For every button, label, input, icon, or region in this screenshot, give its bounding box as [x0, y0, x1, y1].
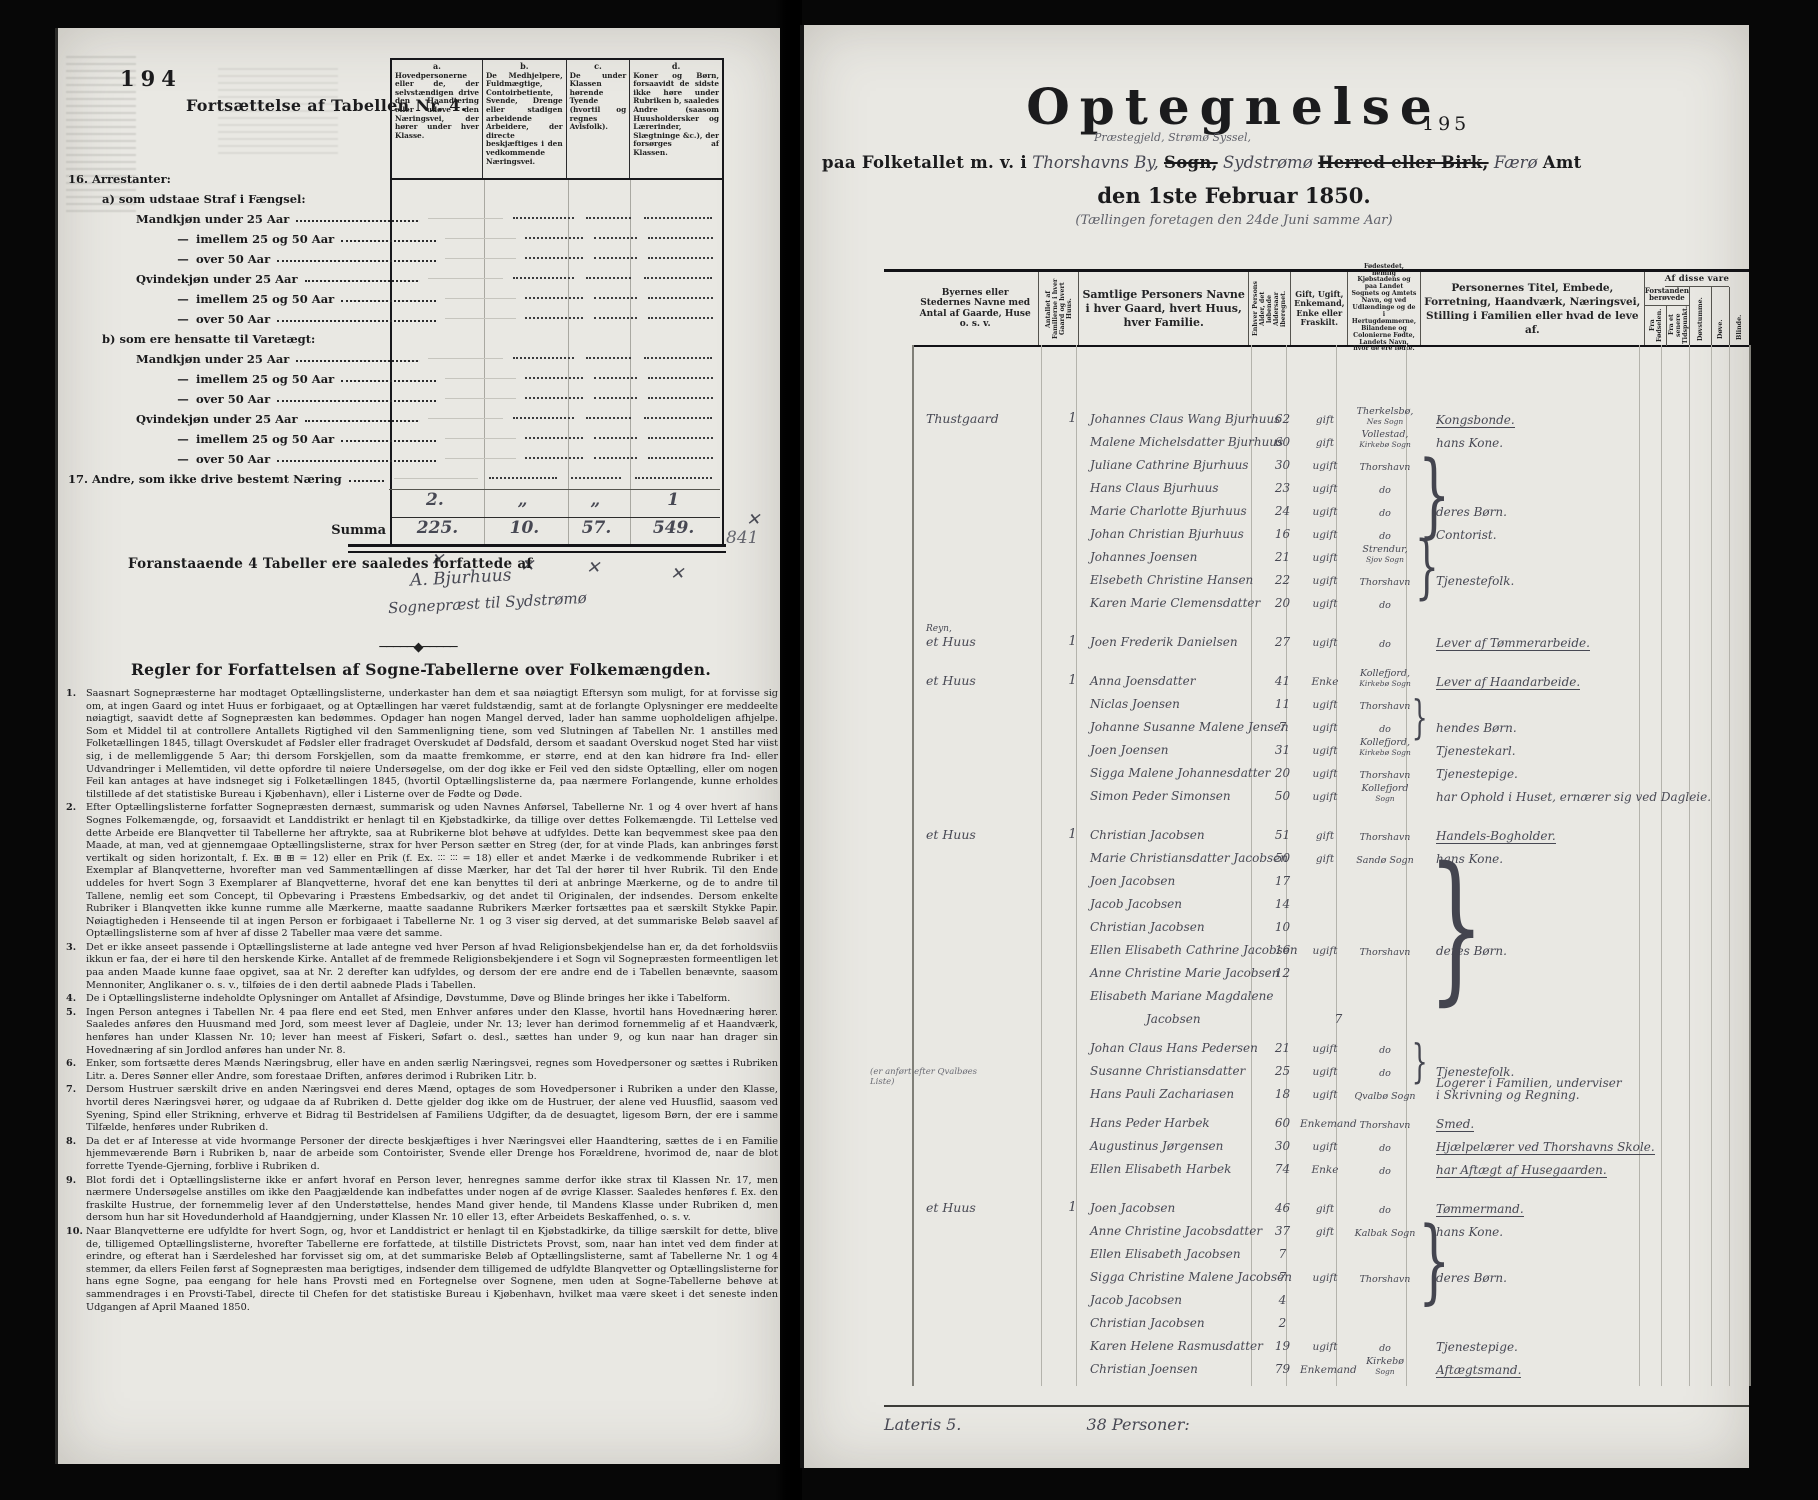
signature-name: A. Bjurhuus — [410, 565, 512, 590]
header-occupation: Personernes Titel, Embede, Forretning, H… — [1420, 272, 1644, 345]
census-row: et Huus1Joen Jacobsen46giftdoTømmermand. — [912, 1192, 1749, 1215]
struck-sogn: Sogn, — [1164, 153, 1218, 172]
rule-item: 6.Enker, som fortsætte deres Mænds Nærin… — [66, 1058, 778, 1083]
intro-prefix: paa Folketallet m. v. i — [822, 153, 1027, 172]
schedule-row: a) som udstaae Straf i Fængsel: — [66, 186, 720, 206]
schedule-row: —over 50 Aar — [66, 246, 720, 266]
census-row: Johannes Joensen21ugiftStrendur,Sjov Sog… — [912, 541, 1749, 564]
header-place: Byernes eller Stedernes Navne med Antal … — [912, 272, 1038, 345]
census-row: Susanne Christiansdatter25ugiftdoTjenest… — [912, 1055, 1749, 1078]
census-row: Johanne Susanne Malene Jensen7ugiftdohen… — [912, 711, 1749, 734]
census-row: Karen Helene Rasmusdatter19ugiftdoTjenes… — [912, 1330, 1749, 1353]
blinde-col: Blinde. — [1729, 287, 1749, 346]
schedule-row: —over 50 Aar — [66, 446, 720, 466]
census-row: Anne Christine Jacobsdatter37giftKalbak … — [912, 1215, 1749, 1238]
page-number-left: 194 — [120, 66, 182, 91]
census-row: Ellen Elisabeth Harbek74Enkedohar Aftægt… — [912, 1153, 1749, 1176]
signature-title: Sognepræst til Sydstrømø — [388, 589, 587, 617]
census-row: Marie Christiansdatter Jacobsen50giftSan… — [912, 842, 1749, 865]
census-row: Marie Charlotte Bjurhuus24ugiftdoderes B… — [912, 495, 1749, 518]
page-title: Optegnelse — [804, 77, 1664, 136]
schedule-row: 16. Arrestanter: — [66, 166, 720, 186]
census-row: Simon Peder Simonsen50ugiftKollefjordSog… — [912, 780, 1749, 803]
census-row: Christian Jacobsen10 — [912, 911, 1749, 934]
classification-col-header: a.Hovedpersonerne eller de, der selvstæn… — [392, 60, 482, 178]
rule-item: 7.Dersom Hustruer særskilt drive en ande… — [66, 1084, 778, 1134]
schedule-row: —over 50 Aar — [66, 306, 720, 326]
forstanden-beroevede: Forstanden berøvede Fra Fødselen. Fra et… — [1645, 287, 1689, 346]
schedule-row: —imellem 25 og 50 Aar — [66, 426, 720, 446]
rule-item: 8.Da det er af Interesse at vide hvorman… — [66, 1136, 778, 1174]
lateris-label: Lateris 5. — [884, 1415, 961, 1434]
rule-item: 2.Efter Optællingslisterne forfatter Sog… — [66, 802, 778, 941]
summa-row: Summa225.10.57.549. — [66, 510, 720, 538]
census-row: Johan Christian Bjurhuus16ugiftdoContori… — [912, 518, 1749, 541]
header-families: Antallet af Familierne i hver Gaard og h… — [1038, 272, 1078, 345]
lateris-persons: 38 Personer: — [1086, 1415, 1189, 1434]
census-row: Hans Peder Harbek60EnkemandThorshavnSmed… — [912, 1107, 1749, 1130]
row17-values: 2.„„1 — [66, 486, 720, 510]
rules-list: 1.Saasnart Sognepræsterne har modtaget O… — [66, 688, 778, 1315]
left-page: 194 Fortsættelse af Tabellen Nr. 4. a.Ho… — [55, 28, 780, 1464]
lateris-line: Lateris 5. 38 Personer: — [884, 1415, 1190, 1434]
census-row: Reyn,et Huus1Joen Frederik Danielsen27ug… — [912, 626, 1749, 649]
schedule-row: —imellem 25 og 50 Aar — [66, 226, 720, 246]
intro-line: paa Folketallet m. v. i Thorshavns By, S… — [822, 153, 1732, 172]
rule-item: 5.Ingen Person antegnes i Tabellen Nr. 4… — [66, 1007, 778, 1057]
census-row: et Huus1Christian Jacobsen51giftThorshav… — [912, 819, 1749, 842]
schedule-row: b) som ere hensatte til Varetægt: — [66, 326, 720, 346]
schedule-row: —imellem 25 og 50 Aar — [66, 366, 720, 386]
archival-number: 841 — [726, 528, 758, 548]
census-row: Christian Jacobsen2 — [912, 1307, 1749, 1330]
census-row: Juliane Cathrine Bjurhuus30ugiftThorshav… — [912, 449, 1749, 472]
handwritten-district-note: Præstegjeld, Strømø Syssel, — [1094, 131, 1251, 144]
schedule-row: 17. Andre, som ikke drive bestemt Næring — [66, 466, 720, 486]
schedule-row: Qvindekjøn under 25 Aar — [66, 266, 720, 286]
handwritten-herred: Sydstrømø — [1223, 153, 1313, 172]
census-row: et Huus1Anna Joensdatter41EnkeKollefjord… — [912, 665, 1749, 688]
intro-suffix: Amt — [1543, 153, 1582, 172]
census-book-scan: { "left_page": { "page_number": "194", "… — [0, 0, 1818, 1500]
arrestanter-schedule: 16. Arrestanter:a) som udstaae Straf i F… — [66, 166, 720, 538]
census-row: Jacob Jacobsen14 — [912, 888, 1749, 911]
census-row: Joen Jacobsen17 — [912, 865, 1749, 888]
schedule-row: Mandkjøn under 25 Aar — [66, 346, 720, 366]
classification-col-header: c.De under Klassen hørende Tyende (hvort… — [566, 60, 630, 178]
page-number-right: 195 — [1422, 113, 1470, 135]
doeve-col: Døve. — [1711, 287, 1729, 346]
margin-note: (er anført efter Qvalbøes Liste) — [870, 1067, 990, 1087]
rules-title: Regler for Forfattelsen af Sogne-Tabelle… — [66, 660, 776, 679]
table-bottom-rule-2 — [348, 551, 726, 553]
classification-col-header: d.Koner og Børn, forsaavidt de sidste ik… — [629, 60, 722, 178]
right-page: Optegnelse 195 Præstegjeld, Strømø Sysse… — [800, 25, 1749, 1468]
rule-item: 3.Det er ikke anseet passende i Optællin… — [66, 942, 778, 992]
struck-herred-birk: Herred eller Birk, — [1318, 153, 1489, 172]
header-age: Enhver Persons Alder, det løbende Alders… — [1248, 272, 1290, 345]
table-bottom-rule — [348, 544, 726, 547]
handwritten-amt: Færø — [1494, 153, 1538, 172]
header-status: Gift, Ugift, Enkemand, Enke eller Fraski… — [1290, 272, 1347, 345]
classification-table-header: a.Hovedpersonerne eller de, der selvstæn… — [392, 60, 722, 180]
census-row: Joen Joensen31ugiftKollefjord,Kirkebø So… — [912, 734, 1749, 757]
census-row: Karen Marie Clemensdatter20ugiftdo — [912, 587, 1749, 610]
header-names: Samtlige Personers Navne i hver Gaard, h… — [1078, 272, 1248, 345]
schedule-row: Qvindekjøn under 25 Aar — [66, 406, 720, 426]
rule-item: 4.De i Optællingslisterne indeholdte Opl… — [66, 993, 778, 1006]
census-row: Thustgaard1Johannes Claus Wang Bjurhuus6… — [912, 403, 1749, 426]
census-row: Hans Pauli Zachariasen18ugiftQvalbø Sogn… — [912, 1078, 1749, 1101]
census-row: Johan Claus Hans Pedersen21ugiftdo — [912, 1032, 1749, 1055]
census-row: Sigga Malene Johannesdatter20ugiftThorsh… — [912, 757, 1749, 780]
census-row: Christian Joensen79EnkemandKirkebøSognAf… — [912, 1353, 1749, 1376]
census-row: Ellen Elisabeth Jacobsen7 — [912, 1238, 1749, 1261]
census-entries: Thustgaard1Johannes Claus Wang Bjurhuus6… — [912, 403, 1749, 1376]
handwritten-town: Thorshavns By, — [1032, 153, 1159, 172]
census-row: Malene Michelsdatter Bjurhuus60giftVolle… — [912, 426, 1749, 449]
census-row: Jacob Jacobsen4 — [912, 1284, 1749, 1307]
table-bottom-rule — [884, 1405, 1749, 1407]
census-row: Augustinus Jørgensen30ugiftdoHjælpelærer… — [912, 1130, 1749, 1153]
census-date-note: (Tællingen foretagen den 24de Juni samme… — [804, 213, 1664, 228]
schedule-row: —over 50 Aar — [66, 386, 720, 406]
census-row: Jacobsen7 — [912, 1003, 1749, 1026]
rule-item: 1.Saasnart Sognepræsterne har modtaget O… — [66, 688, 778, 801]
header-birthplace: Fødestedet, nemlig Kjøbstadens og paa La… — [1347, 272, 1419, 345]
header-afdisse-group: Af disse vare Forstanden berøvede Fra Fø… — [1644, 272, 1749, 345]
doevstumme-col: Døvstumme. — [1689, 287, 1711, 346]
rule-item: 10.Naar Blanqvetterne ere udfyldte for h… — [66, 1226, 778, 1314]
census-row: Anne Christine Marie Jacobsen12 — [912, 957, 1749, 980]
census-row: Ellen Elisabeth Cathrine Jacobsen16ugift… — [912, 934, 1749, 957]
census-date: den 1ste Februar 1850. — [804, 183, 1664, 208]
census-row: Sigga Christine Malene Jacobsen7ugiftTho… — [912, 1261, 1749, 1284]
divider-ornament: ─────◆───── — [308, 640, 528, 655]
census-row: Niclas Joensen11ugiftThorshavn — [912, 688, 1749, 711]
census-row: Elisabeth Mariane Magdalene — [912, 980, 1749, 1003]
census-row: Hans Claus Bjurhuus23ugiftdo — [912, 472, 1749, 495]
rule-item: 9.Blot fordi det i Optællingslisterne ik… — [66, 1175, 778, 1225]
schedule-row: —imellem 25 og 50 Aar — [66, 286, 720, 306]
schedule-row: Mandkjøn under 25 Aar — [66, 206, 720, 226]
afdisse-title: Af disse vare — [1665, 272, 1729, 287]
census-row: Elsebeth Christine Hansen22ugiftThorshav… — [912, 564, 1749, 587]
census-table-header: Byernes eller Stedernes Navne med Antal … — [912, 272, 1749, 347]
classification-col-header: b.De Medhjelpere, Fuldmægtige, Contoirbe… — [482, 60, 566, 178]
